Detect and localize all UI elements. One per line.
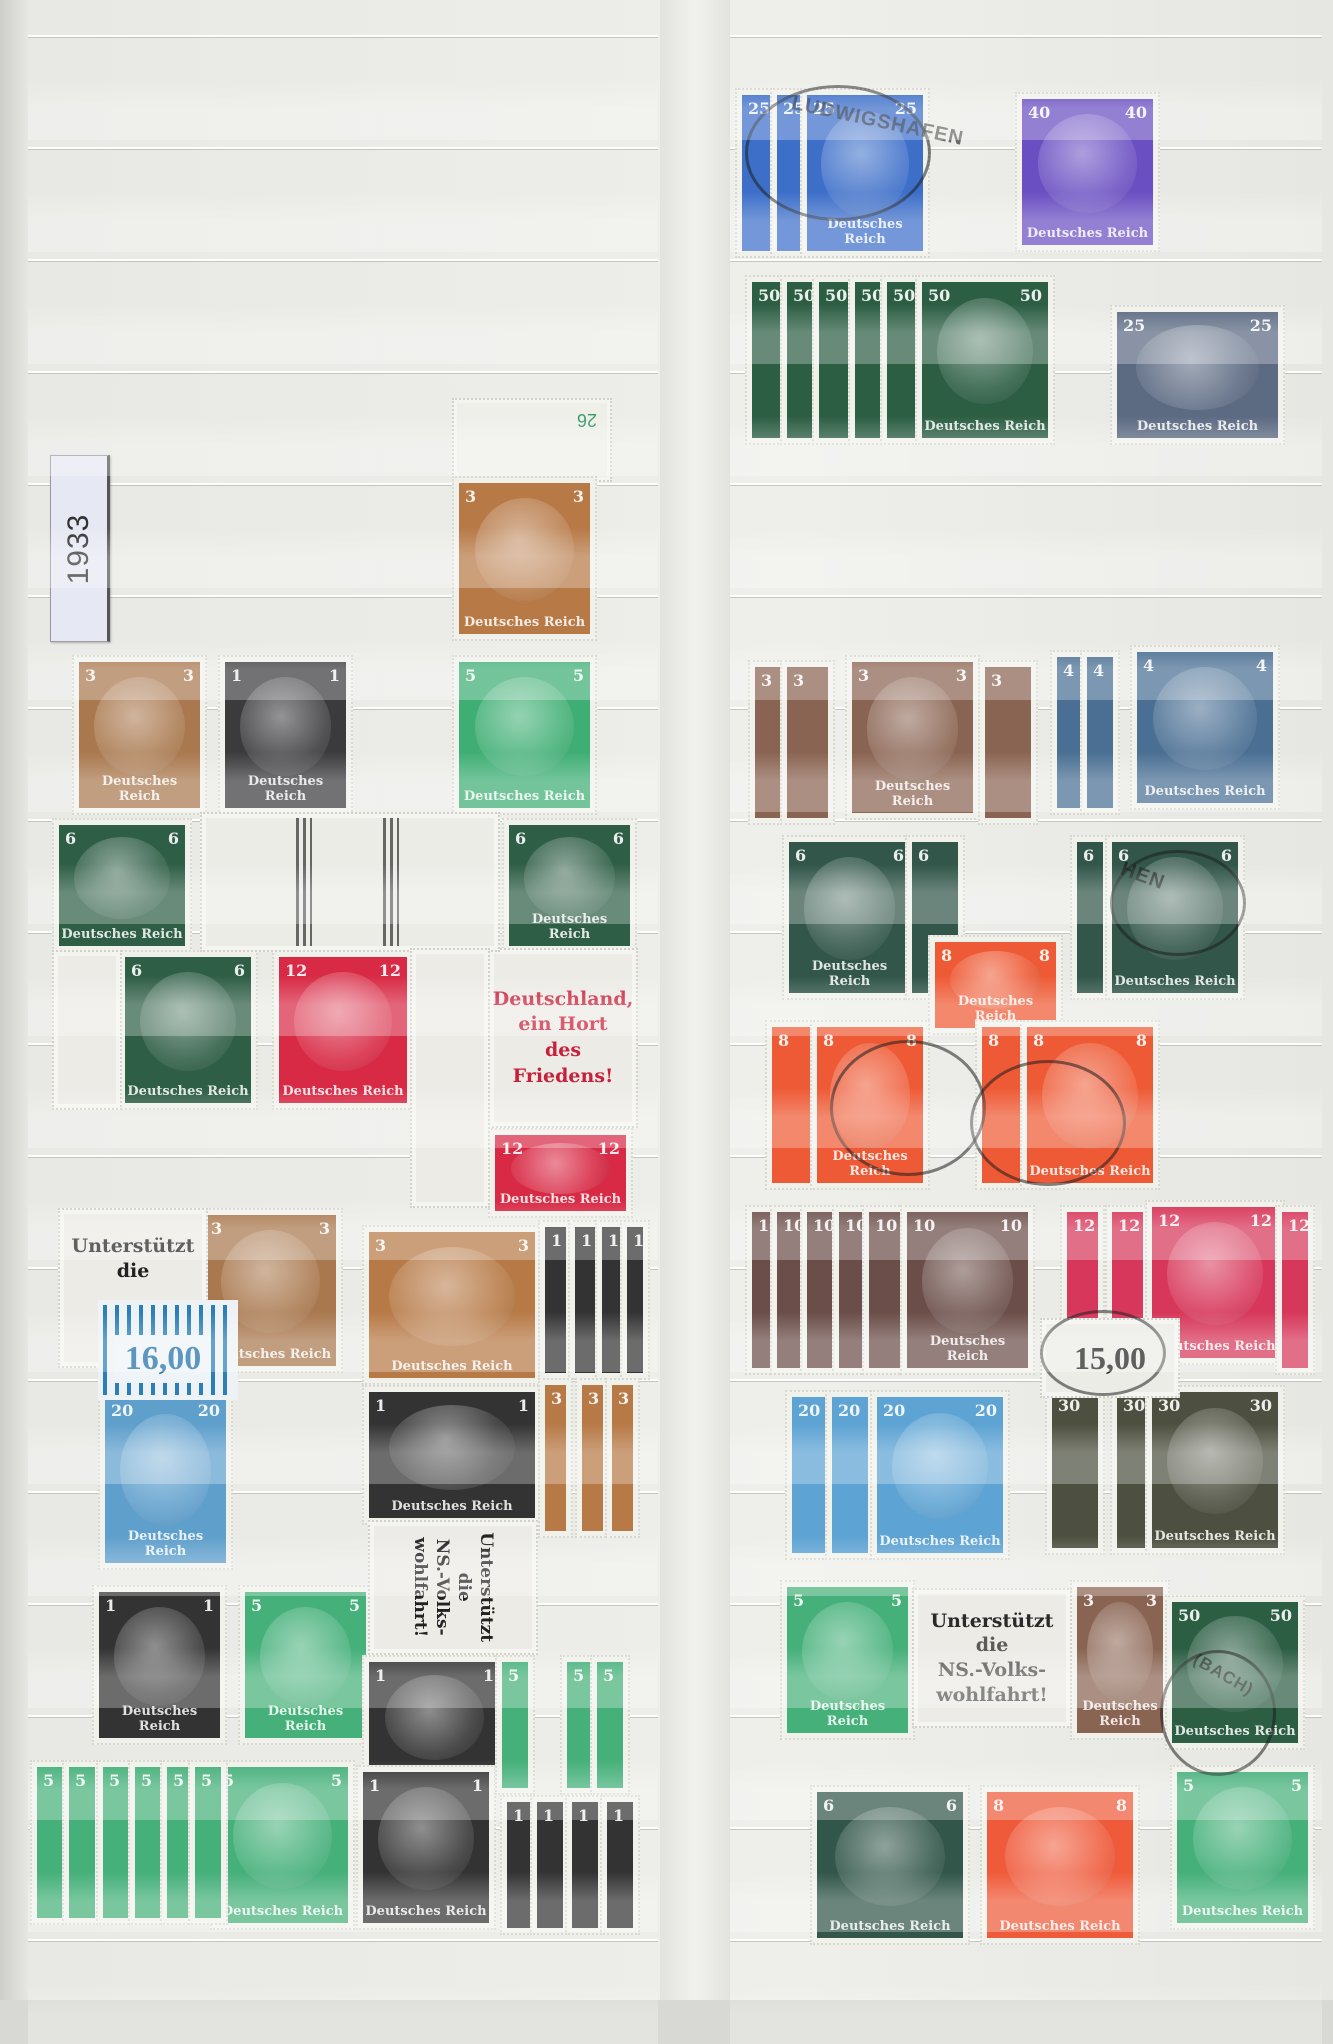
stamp-value: 8 <box>1039 946 1050 965</box>
stamp-legend: Deutsches Reich <box>1022 226 1153 241</box>
slogan-line: die <box>931 1633 1054 1658</box>
stamp-value: 5 <box>43 1771 54 1790</box>
stamp-value: 5 <box>573 666 584 685</box>
stamp-value: 4 <box>1093 661 1104 680</box>
stamp-value: 3 <box>465 487 476 506</box>
pocket-edge <box>730 483 1322 485</box>
stamp-value: 6 <box>795 846 806 865</box>
portrait-icon <box>892 1413 988 1519</box>
portrait-icon <box>389 1247 515 1346</box>
stamp-value: 8 <box>1136 1031 1147 1050</box>
stamp-value: 1 <box>613 1806 624 1825</box>
stamp-value: 4 <box>1063 661 1074 680</box>
pocket-edge <box>730 1379 1322 1381</box>
slogan-line: Unterstützt <box>72 1234 195 1259</box>
stamp: 1212Deutsches Reich <box>272 950 414 1110</box>
stamp-legend: Deutsches Reich <box>459 615 590 630</box>
stamp: 66Deutsches Reich <box>782 835 917 1000</box>
stamp-legend: Deutsches Reich <box>817 1919 963 1934</box>
stamp-value: 20 <box>975 1401 997 1420</box>
stamp-value: 1 <box>105 1596 116 1615</box>
stamp-value: 20 <box>838 1401 860 1420</box>
stamp: 55Deutsches Reich <box>780 1580 915 1740</box>
stamp-value: 50 <box>758 286 780 305</box>
stamp: 11Deutsches Reich <box>362 1385 542 1525</box>
stamp: 3 <box>538 1378 573 1538</box>
stamp-legend: Deutsches Reich <box>1077 1699 1163 1729</box>
stamp-legend: Deutsches Reich <box>907 1334 1028 1364</box>
stamp-value: 20 <box>111 1401 133 1420</box>
slogan-line: ein Hort <box>493 1012 633 1038</box>
stamp-value: 3 <box>551 1389 562 1408</box>
plate-number-margin-right: 15,00 <box>1040 1318 1180 1398</box>
stamp-value: 4 <box>1143 656 1154 675</box>
stamp-value: 8 <box>988 1031 999 1050</box>
stamp-legend: Deutsches Reich <box>1027 1164 1153 1179</box>
stamp: 5 <box>188 1760 228 1925</box>
stamp-value: 12 <box>598 1139 620 1158</box>
pocket-edge <box>28 371 658 373</box>
portrait-icon <box>524 837 616 919</box>
stamp-value: 1 <box>581 1231 592 1250</box>
stamp-face <box>1117 1392 1148 1548</box>
stamp-value: 5 <box>349 1596 360 1615</box>
stamp-value: 10 <box>1000 1216 1022 1235</box>
pocket-edge <box>28 35 658 37</box>
gutter-bars <box>296 818 312 946</box>
portrait-icon <box>389 1405 515 1491</box>
blank-selvage <box>52 950 122 1110</box>
stamp-legend: Deutsches Reich <box>217 1904 348 1919</box>
slogan-line: die <box>72 1259 195 1284</box>
portrait-icon <box>74 837 170 919</box>
portrait-icon <box>1042 1043 1138 1149</box>
stamp-legend: Deutsches Reich <box>1117 419 1278 434</box>
pocket-film <box>730 1984 1322 2000</box>
portrait-icon <box>830 1043 911 1149</box>
stamp-legend: Deutsches Reich <box>369 1359 535 1374</box>
portrait-icon <box>867 677 959 780</box>
stamp: 1 <box>600 1795 640 1935</box>
portrait-icon <box>802 1602 894 1701</box>
stamp-value: 5 <box>251 1596 262 1615</box>
portrait-icon <box>233 1783 333 1889</box>
stamp-value: 30 <box>1158 1396 1180 1415</box>
stamp-value: 25 <box>748 99 770 118</box>
portrait-icon <box>294 972 391 1071</box>
portrait-icon <box>835 1807 946 1906</box>
stamp-value: 5 <box>201 1771 212 1790</box>
selvage-number: 26 <box>577 409 597 430</box>
stamp: 33Deutsches Reich <box>72 655 207 815</box>
portrait-icon <box>511 1143 611 1195</box>
stamp: 44Deutsches Reich <box>1130 645 1280 810</box>
stamp-legend: Deutsches Reich <box>987 1919 1133 1934</box>
stamp: 55Deutsches Reich <box>452 655 597 815</box>
stamp: 11Deutsches Reich <box>92 1585 227 1745</box>
stamp-value: 5 <box>573 1666 584 1685</box>
slogan-line: wohlfahrt! <box>931 1683 1054 1708</box>
stamp-value: 1 <box>472 1776 483 1795</box>
stamp-value: 3 <box>183 666 194 685</box>
slogan-line: Deutschland, <box>493 987 633 1013</box>
stamp: 33Deutsches Reich <box>362 1225 542 1385</box>
stamp-legend: Deutsches Reich <box>877 1534 1003 1549</box>
stamp-value: 1 <box>329 666 340 685</box>
slogan-line: Unterstützt <box>931 1609 1054 1634</box>
slogan-line: des <box>493 1038 633 1064</box>
stamp-value: 12 <box>285 961 307 980</box>
slogan-tab-welfare-right: Unterstützt die NS.-Volks- wohlfahrt! <box>912 1588 1072 1728</box>
portrait-icon <box>1167 1408 1263 1514</box>
pocket-edge <box>730 595 1322 597</box>
stamp-value: 3 <box>1146 1591 1157 1610</box>
stamp-value: 6 <box>1083 846 1094 865</box>
stamp-value: 3 <box>85 666 96 685</box>
stamp-legend: Deutsches Reich <box>225 774 346 804</box>
pocket-film <box>730 528 1322 588</box>
stamp-value: 1 <box>518 1396 529 1415</box>
pocket-edge <box>28 1939 658 1941</box>
stamp: 11Deutsches Reich <box>356 1765 496 1930</box>
stamp-value: 6 <box>823 1796 834 1815</box>
stamp: 3 <box>978 660 1038 825</box>
stamp-value: 12 <box>1288 1216 1310 1235</box>
portrait-icon <box>240 677 332 776</box>
stamp: 5 <box>590 1655 630 1795</box>
pocket-film <box>28 304 658 364</box>
stamp: 5 <box>495 1655 535 1795</box>
stamp: 88Deutsches Reich <box>1020 1020 1160 1190</box>
stamp-value: 10 <box>875 1216 897 1235</box>
stamp-value: 5 <box>109 1771 120 1790</box>
stamp: 1212Deutsches Reich <box>488 1128 633 1218</box>
stamp-value: 50 <box>1270 1606 1292 1625</box>
stamp: 30 <box>1045 1385 1105 1555</box>
stamp-value: 1 <box>543 1806 554 1825</box>
portrait-icon <box>804 857 896 960</box>
stamp: 33Deutsches Reich <box>1070 1580 1170 1740</box>
stamp-legend: Deutsches Reich <box>1177 1904 1308 1919</box>
stamp-legend: Deutsches Reich <box>79 774 200 804</box>
stamp: 2020Deutsches Reich <box>870 1390 1010 1560</box>
stamp-face <box>1282 1212 1308 1368</box>
slogan-line: Unterstützt <box>475 1533 497 1643</box>
portrait-icon <box>1005 1807 1116 1906</box>
stamp-value: 50 <box>1178 1606 1200 1625</box>
stamp: 2525Deutsches Reich <box>1110 305 1285 445</box>
stamp-value: 1 <box>551 1231 562 1250</box>
stamp-value: 5 <box>173 1771 184 1790</box>
stamp-value: 40 <box>1125 103 1147 122</box>
stamp-value: 12 <box>501 1139 523 1158</box>
portrait-icon <box>922 1228 1014 1334</box>
plate-number: 16,00 <box>115 1335 211 1383</box>
stamp-value: 6 <box>918 846 929 865</box>
stamp-value: 50 <box>1020 286 1042 305</box>
stamp-legend: Deutsches Reich <box>1152 1529 1278 1544</box>
plate-number: 15,00 <box>1074 1340 1146 1377</box>
stamp-value: 1 <box>483 1666 494 1685</box>
pocket-edge <box>730 35 1322 37</box>
portrait-icon <box>114 1607 206 1706</box>
stamp: 20 <box>825 1390 875 1560</box>
stamp-legend: Deutsches Reich <box>787 1699 908 1729</box>
stamp-value: 6 <box>168 829 179 848</box>
stamp-value: 5 <box>331 1771 342 1790</box>
stamp-value: 50 <box>893 286 915 305</box>
stamp: 55Deutsches Reich <box>210 1760 355 1930</box>
stamp-face <box>982 1027 1023 1183</box>
stamp: 12 <box>1275 1205 1315 1375</box>
stamp-value: 6 <box>131 961 142 980</box>
stamp-value: 50 <box>928 286 950 305</box>
slogan-line: wohlfahrt! <box>409 1533 431 1643</box>
stamp-value: 5 <box>891 1591 902 1610</box>
stamp-legend: Deutsches Reich <box>105 1529 226 1559</box>
stamp-value: 5 <box>603 1666 614 1685</box>
portrait-icon <box>1038 114 1138 213</box>
stamp-legend: Deutsches Reich <box>852 779 973 809</box>
stamp-value: 30 <box>1123 1396 1145 1415</box>
stamp-value: 5 <box>508 1666 519 1685</box>
stamp-value: 50 <box>825 286 847 305</box>
stamp-value: 4 <box>1256 656 1267 675</box>
stamp-value: 40 <box>1028 103 1050 122</box>
stamp-value: 6 <box>234 961 245 980</box>
stamp-value: 20 <box>198 1401 220 1420</box>
stamp-value: 1 <box>513 1806 524 1825</box>
stamp-value: 3 <box>761 671 772 690</box>
stamp-value: 12 <box>1118 1216 1140 1235</box>
stamp-value: 5 <box>465 666 476 685</box>
stamp-value: 3 <box>991 671 1002 690</box>
slogan-line: die <box>453 1533 475 1643</box>
stamp-value: 5 <box>141 1771 152 1790</box>
stamp-value: 1 <box>369 1776 380 1795</box>
stamp: 6 <box>1070 835 1110 1000</box>
pocket-edge <box>28 147 658 149</box>
slogan-tab-welfare-vertical: Unterstützt die NS.-Volks- wohlfahrt! <box>368 1520 538 1655</box>
pocket-film <box>28 192 658 252</box>
portrait-icon <box>1087 1602 1152 1701</box>
slogan-tab-peace: Deutschland, ein Hort des Friedens! <box>488 948 638 1128</box>
blank-selvage <box>410 948 490 1208</box>
stamp: 55Deutsches Reich <box>238 1585 373 1745</box>
stamp-legend: Deutsches Reich <box>99 1704 220 1734</box>
stamp-value: 6 <box>613 829 624 848</box>
stamp-legend: Deutsches Reich <box>789 959 910 989</box>
stamp-legend: Deutsches Reich <box>817 1149 923 1179</box>
stamp: 33Deutsches Reich <box>845 655 980 820</box>
stamp-value: 1 <box>608 1231 619 1250</box>
pocket-film <box>28 1984 658 2000</box>
stamp-value: 6 <box>515 829 526 848</box>
portrait-icon <box>1136 325 1258 411</box>
stamp-value: 12 <box>379 961 401 980</box>
stamp-value: 3 <box>375 1236 386 1255</box>
stamp-value: 8 <box>993 1796 1004 1815</box>
slogan-line: NS.-Volks- <box>931 1658 1054 1683</box>
stamp-value: 25 <box>1250 316 1272 335</box>
stamp-value: 3 <box>1083 1591 1094 1610</box>
stamp: 4 <box>1080 650 1120 815</box>
stamp-legend: Deutsches Reich <box>59 927 185 942</box>
stamp: 3030Deutsches Reich <box>1145 1385 1285 1555</box>
stamp-value: 20 <box>883 1401 905 1420</box>
portrait-icon <box>94 677 186 776</box>
stamp-value: 6 <box>893 846 904 865</box>
stamp-value: 3 <box>956 666 967 685</box>
stamp-legend: Deutsches Reich <box>495 1192 626 1207</box>
stamp-value: 5 <box>1291 1776 1302 1795</box>
stamp-value: 3 <box>573 487 584 506</box>
stamp-value: 5 <box>793 1591 804 1610</box>
stamp-legend: Deutsches Reich <box>1137 784 1273 799</box>
stamp-value: 10 <box>913 1216 935 1235</box>
stamp-value: 6 <box>65 829 76 848</box>
stamp-legend: Deutsches Reich <box>459 789 590 804</box>
stamp-value: 8 <box>906 1031 917 1050</box>
stamp-value: 6 <box>1221 846 1232 865</box>
stamp-legend: Deutsches Reich <box>363 1904 489 1919</box>
stamp: 2020Deutsches Reich <box>98 1390 233 1570</box>
stamp-face <box>1052 1392 1098 1548</box>
stamp-value: 1 <box>375 1666 386 1685</box>
stamp-value: 1 <box>203 1596 214 1615</box>
portrait-icon <box>475 677 575 776</box>
stamp: 3 <box>605 1378 640 1538</box>
portrait-icon <box>140 972 236 1071</box>
stamp-legend: Deutsches Reich <box>509 912 630 942</box>
stamp-value: 3 <box>518 1236 529 1255</box>
stamp: 55Deutsches Reich <box>1170 1765 1315 1930</box>
stamp-value: 12 <box>1250 1211 1272 1230</box>
stamp: 4040Deutsches Reich <box>1015 92 1160 252</box>
stamp-legend: Deutsches Reich <box>279 1084 407 1099</box>
gutter-pair-margin <box>200 812 500 952</box>
stamp-legend: Deutsches Reich <box>1172 1724 1298 1739</box>
stamp: 66Deutsches Reich <box>810 1785 970 1945</box>
stamp: 3 <box>780 660 835 825</box>
stamp-legend: Deutsches Reich <box>369 1499 535 1514</box>
stamp: 66Deutsches Reich <box>502 818 637 953</box>
stamp: 1 <box>565 1795 605 1935</box>
stamp-value: 25 <box>1123 316 1145 335</box>
stamp: 88Deutsches Reich <box>980 1785 1140 1945</box>
stamp-face <box>832 1397 868 1553</box>
pocket-edge <box>730 259 1322 261</box>
stamp-value: 5 <box>1183 1776 1194 1795</box>
stamp-value: 20 <box>798 1401 820 1420</box>
stamp-value: 5 <box>75 1771 86 1790</box>
slogan-line: Friedens! <box>493 1064 633 1090</box>
stamp-value: 1 <box>375 1396 386 1415</box>
stamp-value: 1 <box>633 1231 644 1250</box>
portrait-icon <box>1167 1222 1263 1325</box>
stamp-value: 8 <box>778 1031 789 1050</box>
stamp: 88Deutsches Reich <box>810 1020 930 1190</box>
stamp-legend: Deutsches Reich <box>922 419 1048 434</box>
stamp-value: 6 <box>946 1796 957 1815</box>
stamp-legend: Deutsches Reich <box>125 1084 251 1099</box>
stamp-legend: Deutsches Reich <box>1112 974 1238 989</box>
portrait-icon <box>378 1787 474 1890</box>
stamp-value: 1 <box>578 1806 589 1825</box>
stamp-value: 12 <box>1158 1211 1180 1230</box>
pocket-edge <box>28 259 658 261</box>
stamp: 1010Deutsches Reich <box>900 1205 1035 1375</box>
stamp-legend: Deutsches Reich <box>807 217 923 247</box>
center-gutter <box>660 0 730 2000</box>
year-label: 1933 <box>50 455 110 642</box>
pocket-film <box>28 80 658 140</box>
stamp-value: 8 <box>1033 1031 1044 1050</box>
portrait-icon <box>385 1675 485 1761</box>
stamp-value: 8 <box>1116 1796 1127 1815</box>
stamp-value: 3 <box>858 666 869 685</box>
stamp-value: 3 <box>319 1219 330 1238</box>
stamp: 5050Deutsches Reich <box>915 275 1055 445</box>
stockbook-page: 1933 26 33Deutsches Reich11Deutsches Rei… <box>0 0 1333 2000</box>
sheet-selvage: 26 <box>452 398 612 482</box>
stamp-legend: Deutsches Reich <box>245 1704 366 1734</box>
stamp-face <box>772 1027 813 1183</box>
stamp: 1 <box>620 1220 650 1380</box>
year-label-text: 1933 <box>62 513 96 584</box>
portrait-icon <box>475 498 575 601</box>
stamp-value: 30 <box>1058 1396 1080 1415</box>
stamp-value: 12 <box>1073 1216 1095 1235</box>
stamp-value: 3 <box>793 671 804 690</box>
stamp: 66Deutsches Reich <box>52 818 192 953</box>
stamp-value: 3 <box>211 1219 222 1238</box>
portrait-icon <box>937 298 1033 404</box>
stamp-value: 30 <box>1250 1396 1272 1415</box>
stamp-value: 3 <box>588 1389 599 1408</box>
stamp: 33Deutsches Reich <box>452 476 597 641</box>
slogan-line: NS.-Volks- <box>431 1533 453 1643</box>
stamp-value: 3 <box>618 1389 629 1408</box>
stamp-value: 8 <box>941 946 952 965</box>
stamp: 1 <box>530 1795 570 1935</box>
stamp-value: 1 <box>231 666 242 685</box>
portrait-icon <box>1193 1787 1293 1890</box>
stamp: 66Deutsches Reich <box>118 950 258 1110</box>
stamp-value: 8 <box>823 1031 834 1050</box>
portrait-icon <box>260 1607 352 1706</box>
stamp: 11Deutsches Reich <box>218 655 353 815</box>
gutter-bars <box>383 818 399 946</box>
portrait-icon <box>1153 667 1256 770</box>
portrait-icon <box>120 1414 212 1527</box>
